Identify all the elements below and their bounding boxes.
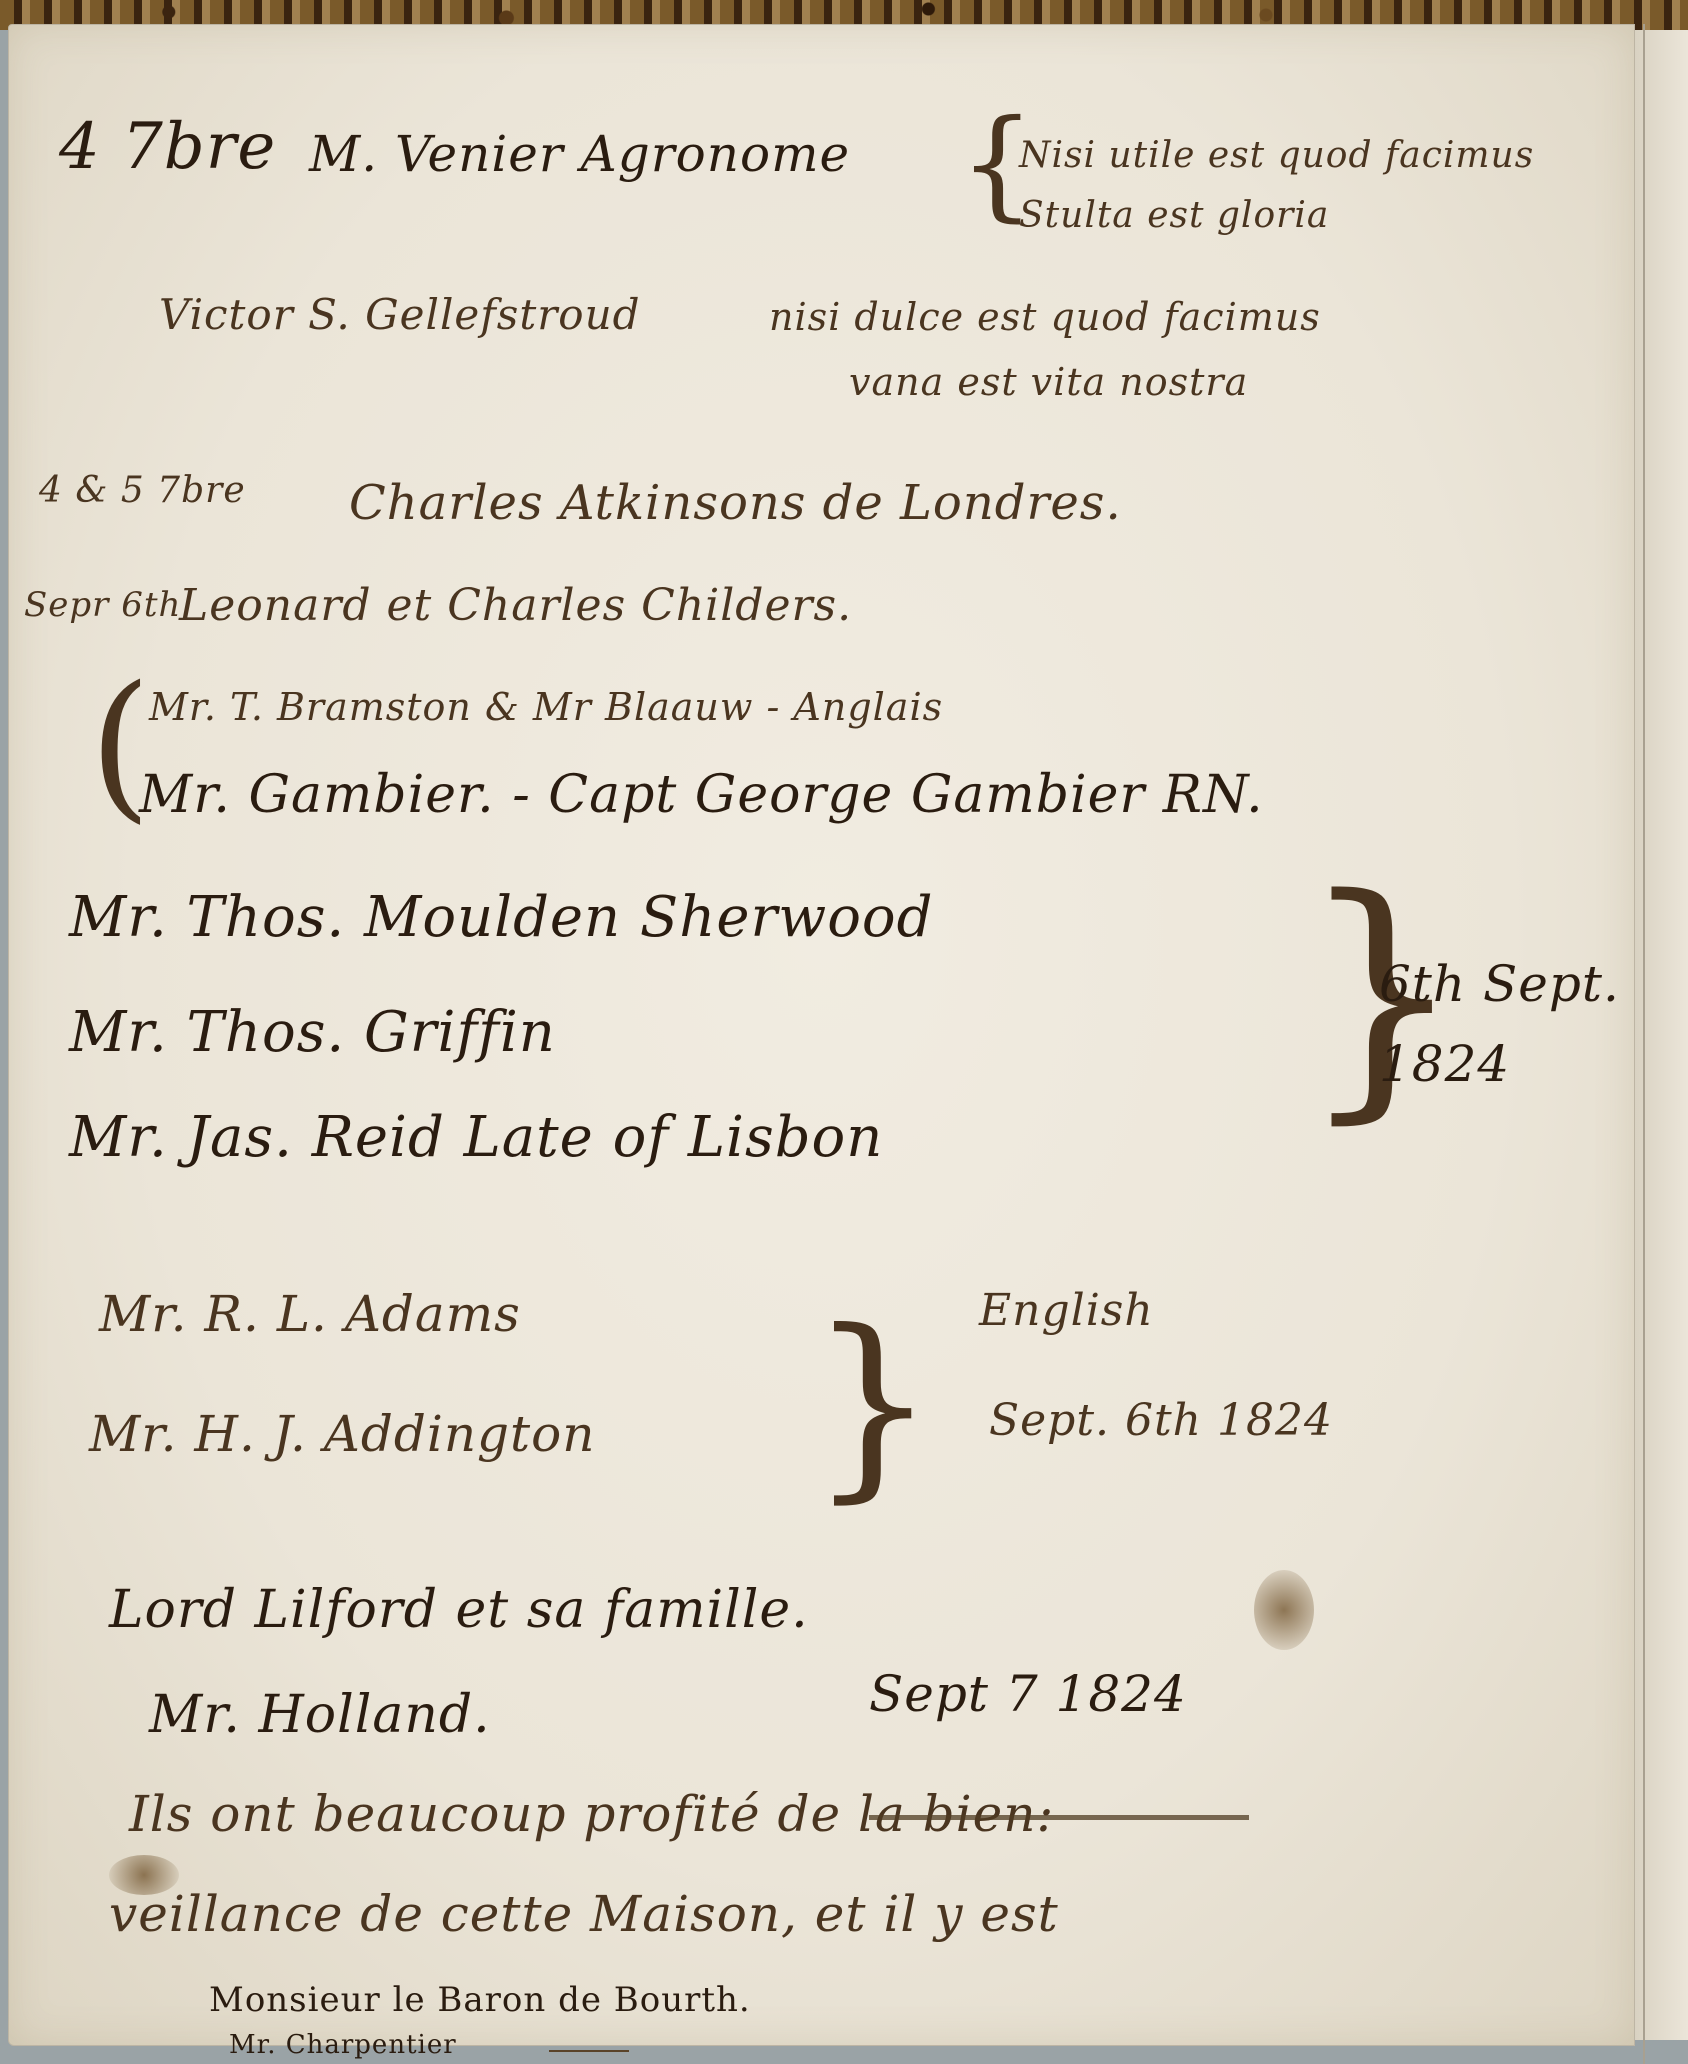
- entry-name: Mr. Holland.: [149, 1685, 491, 1745]
- next-page-edge: [1633, 30, 1688, 2040]
- entry-name: Leonard et Charles Childers.: [179, 580, 852, 631]
- brace-icon: }: [809, 1305, 936, 1505]
- group-line: Mr. Jas. Reid Late of Lisbon: [69, 1105, 883, 1170]
- entry-date: Sept 7 1824: [869, 1665, 1187, 1723]
- group-line: Mr. H. J. Addington: [89, 1405, 595, 1463]
- entry-sub: Mr. Charpentier: [229, 2030, 457, 2060]
- group-label: English: [979, 1285, 1154, 1336]
- entry-date: 4 & 5 7bre: [39, 470, 246, 511]
- entry-note-line2: vana est vita nostra: [849, 360, 1248, 404]
- group-date-line1: 6th Sept.: [1379, 955, 1620, 1013]
- group-line: Mr. Thos. Griffin: [69, 1000, 556, 1065]
- group-line: Mr. T. Bramston & Mr Blaauw - Anglais: [149, 685, 943, 729]
- gutter-line: [1643, 24, 1645, 2064]
- ink-blot: [1254, 1570, 1314, 1650]
- entry-name: Charles Atkinsons de Londres.: [349, 475, 1122, 531]
- group-line: Mr. Thos. Moulden Sherwood: [69, 885, 933, 950]
- entry-date: 4 7bre: [59, 110, 276, 184]
- group-date-line2: 1824: [1379, 1035, 1510, 1093]
- entry-note-line2: veillance de cette Maison, et il y est: [109, 1885, 1059, 1943]
- entry-note-line1: nisi dulce est quod facimus: [769, 295, 1321, 339]
- group-line: Mr. R. L. Adams: [99, 1285, 521, 1343]
- strike-through: [869, 1815, 1249, 1820]
- group-line: Mr. Gambier. - Capt George Gambier RN.: [139, 765, 1264, 825]
- entry-name: Lord Lilford et sa famille.: [109, 1580, 809, 1640]
- ink-smudge: [109, 1855, 179, 1895]
- group-date: Sept. 6th 1824: [989, 1395, 1333, 1446]
- manuscript-page: 4 7bre M. Venier Agronome { Nisi utile e…: [8, 24, 1635, 2046]
- entry-name: Victor S. Gellefstroud: [159, 290, 641, 339]
- entry-name: M. Venier Agronome: [309, 125, 850, 183]
- rule-line: [549, 2050, 629, 2052]
- entry-note-line1: Nisi utile est quod facimus: [1019, 135, 1534, 176]
- entry-note-line1: Ils ont beaucoup profité de la bien:: [129, 1785, 1054, 1843]
- entry-name: Monsieur le Baron de Bourth.: [209, 1980, 751, 2020]
- entry-note-line2: Stulta est gloria: [1019, 195, 1329, 236]
- entry-date: Sepr 6th: [24, 585, 181, 625]
